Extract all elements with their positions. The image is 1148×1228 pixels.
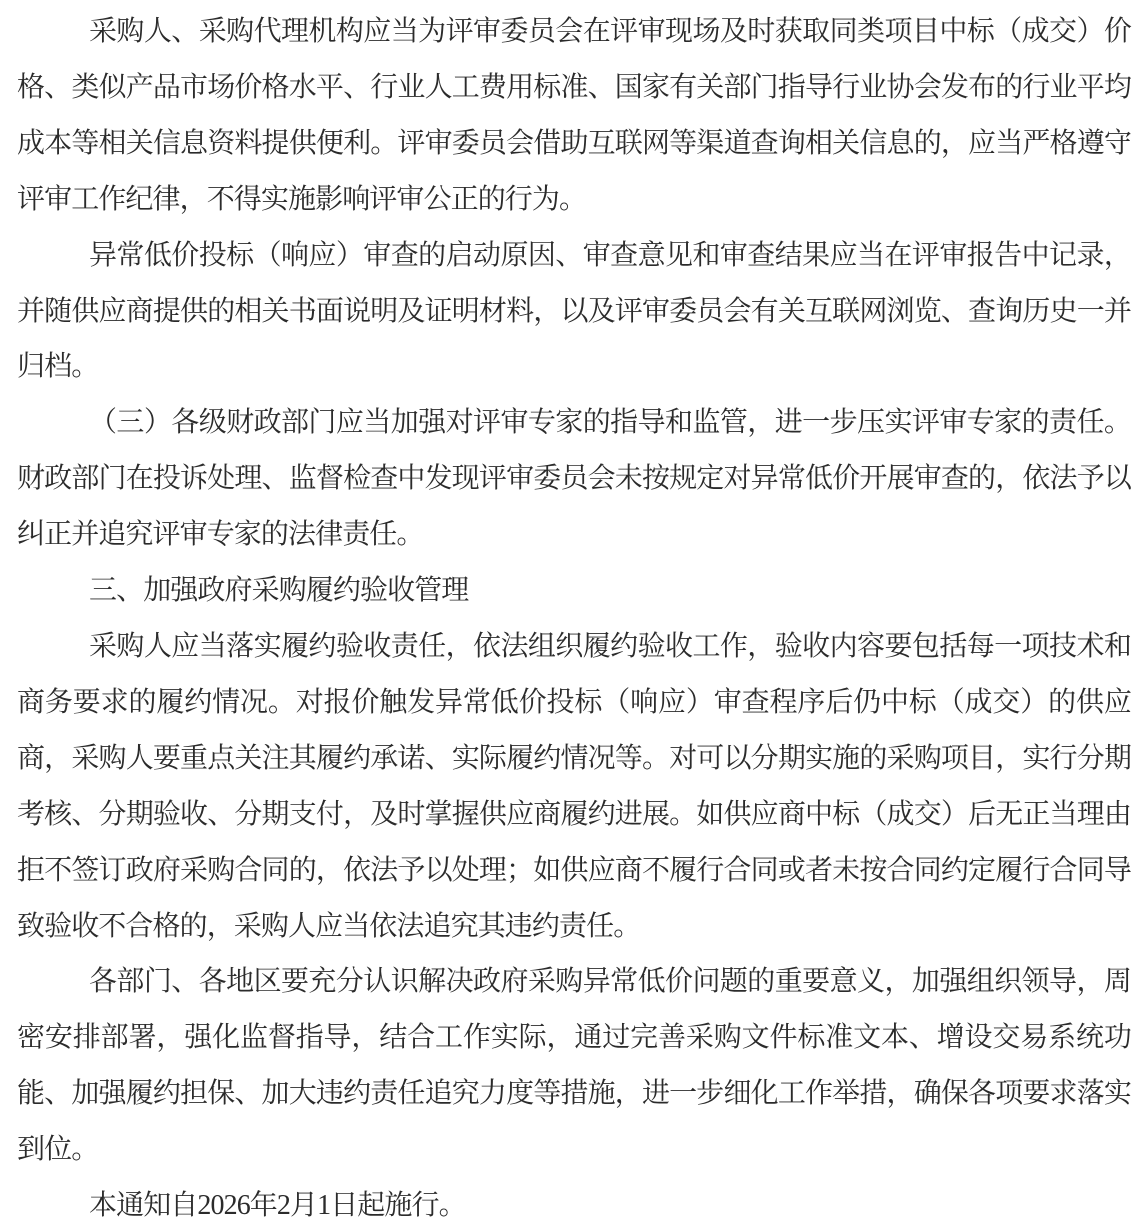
paragraph-finance-department-supervision: （三）各级财政部门应当加强对评审专家的指导和监管，进一步压实评审专家的责任。财政…: [17, 395, 1131, 563]
document-page: 采购人、采购代理机构应当为评审委员会在评审现场及时获取同类项目中标（成交）价格、…: [0, 0, 1148, 1228]
paragraph-implementation-requirements: 各部门、各地区要充分认识解决政府采购异常低价问题的重要意义，加强组织领导，周密安…: [17, 954, 1131, 1178]
section-heading-acceptance-management: 三、加强政府采购履约验收管理: [17, 563, 1131, 619]
paragraph-information-provision: 采购人、采购代理机构应当为评审委员会在评审现场及时获取同类项目中标（成交）价格、…: [17, 4, 1131, 228]
effective-date-line: 本通知自2026年2月1日起施行。: [17, 1178, 1131, 1228]
paragraph-review-archiving: 异常低价投标（响应）审查的启动原因、审查意见和审查结果应当在评审报告中记录，并随…: [17, 228, 1131, 396]
paragraph-acceptance-responsibility: 采购人应当落实履约验收责任，依法组织履约验收工作，验收内容要包括每一项技术和商务…: [17, 619, 1131, 954]
